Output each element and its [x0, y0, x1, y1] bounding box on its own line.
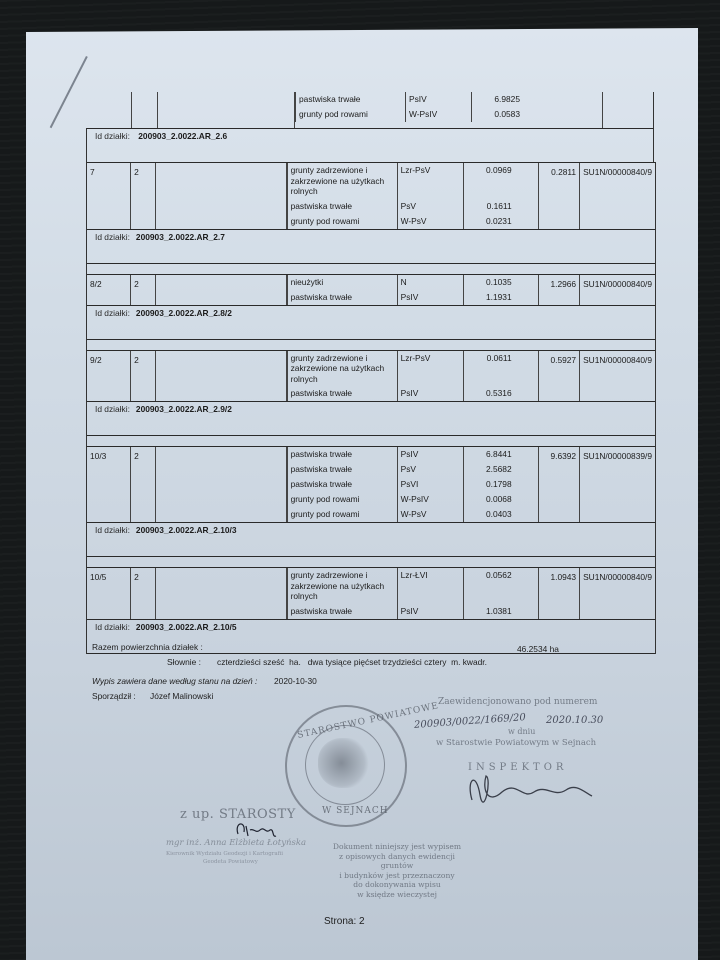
words-value: czterdzieści sześć ha. dwa tysiące pięćs…	[217, 657, 487, 667]
land-register-number: SU1N/00000840/9	[580, 275, 655, 305]
spacer	[515, 568, 538, 604]
land-use-area: 0.0969	[463, 163, 515, 199]
parcel-id-value: 200903_2.0022.AR_2.10/5	[136, 622, 237, 632]
spacer	[515, 507, 538, 522]
parcel-number: 8/2	[87, 275, 131, 305]
empty-cell	[156, 568, 286, 619]
parcel-number: 10/3	[87, 447, 131, 522]
land-use-row: nieużytkiN0.1035	[287, 275, 538, 290]
land-use-row: grunty pod rowamiW-PsIV0.0068	[287, 492, 538, 507]
land-use-name: pastwiska trwałe	[287, 290, 397, 305]
empty-cell	[156, 447, 286, 522]
record-partial: pastwiska trwałePsIV6.9825grunty pod row…	[86, 92, 654, 163]
parcel-record-main: 9/22grunty zadrzewione i zakrzewione na …	[87, 351, 655, 402]
parcel-record: 72grunty zadrzewione i zakrzewione na uż…	[87, 162, 655, 264]
parcel-record: 10/52grunty zadrzewione i zakrzewione na…	[87, 568, 655, 654]
state-date-value: 2020-10-30	[274, 676, 317, 686]
land-use-name: grunty pod rowami	[287, 214, 397, 229]
record-gap	[87, 557, 655, 568]
precinct-number: 2	[131, 568, 156, 619]
land-use-row: grunty zadrzewione i zakrzewione na użyt…	[287, 351, 538, 387]
land-use-name: pastwiska trwałe	[287, 462, 397, 477]
land-use-name: pastwiska trwałe	[287, 386, 397, 401]
precinct-number: 2	[131, 275, 156, 305]
land-use-list: grunty zadrzewione i zakrzewione na użyt…	[287, 351, 538, 402]
parcel-id-label: Id działki:	[95, 232, 130, 242]
parcel-record-main: 8/22nieużytkiN0.1035pastwiska trwałePsIV…	[87, 275, 655, 305]
registration-date-label: w dniu	[508, 727, 535, 736]
land-use-area: 0.0583	[471, 107, 523, 122]
record-gap	[87, 340, 655, 351]
land-use-area: 0.1035	[463, 275, 515, 290]
spacer	[515, 351, 538, 387]
land-use-area: 0.0562	[463, 568, 515, 604]
note-line: i budynków jest przeznaczony	[322, 871, 472, 881]
parcel-record: 9/22grunty zadrzewione i zakrzewione na …	[87, 351, 655, 437]
land-use-row: pastwiska trwałePsIV1.0381	[287, 604, 538, 619]
parcel-total-area: 0.5927	[538, 351, 580, 402]
page-number: Strona: 2	[324, 916, 365, 927]
empty-cell	[156, 351, 286, 402]
land-class: W-PsIV	[405, 107, 471, 122]
land-use-row: grunty pod rowamiW-PsV0.0231	[287, 214, 538, 229]
spacer	[523, 92, 559, 107]
parcel-id-value: 200903_2.0022.AR_2.10/3	[136, 525, 237, 535]
parcel-record-main: 10/32pastwiska trwałePsIV6.8441pastwiska…	[87, 447, 655, 522]
registration-date: 2020.10.30	[546, 715, 603, 726]
spacer	[515, 199, 538, 214]
land-use-row: pastwiska trwałePsIV1.1931	[287, 290, 538, 305]
land-use-row: pastwiska trwałePsV2.5682	[287, 462, 538, 477]
land-use-name: pastwiska trwałe	[287, 604, 397, 619]
land-register-number: SU1N/00000839/9	[580, 447, 655, 522]
land-class: N	[397, 275, 463, 290]
spacer	[523, 107, 559, 122]
spacer	[515, 163, 538, 199]
parcel-record-main: 72grunty zadrzewione i zakrzewione na uż…	[87, 163, 655, 229]
parcel-id-label: Id działki:	[95, 404, 130, 414]
spacer	[515, 462, 538, 477]
parcel-total-area: 1.0943	[538, 568, 580, 619]
land-class: PsV	[397, 199, 463, 214]
land-use-row: grunty zadrzewione i zakrzewione na użyt…	[287, 163, 538, 199]
parcel-total-area: 9.6392	[538, 447, 580, 522]
land-use-row: pastwiska trwałePsIV0.5316	[287, 386, 538, 401]
land-class: PsVI	[397, 477, 463, 492]
register-table: 72grunty zadrzewione i zakrzewione na uż…	[86, 162, 656, 654]
empty-cell	[156, 163, 286, 229]
land-use-list: nieużytkiN0.1035pastwiska trwałePsIV1.19…	[287, 275, 538, 305]
parcel-id-label: Id działki:	[95, 622, 130, 632]
land-use-name: pastwiska trwałe	[287, 447, 397, 462]
land-use-row: pastwiska trwałePsIV6.8441	[287, 447, 538, 462]
land-use-area: 0.1798	[463, 477, 515, 492]
land-class: Lzr-ŁVI	[397, 568, 463, 604]
land-use-area: 6.8441	[463, 447, 515, 462]
precinct-number: 2	[131, 163, 156, 229]
land-use-name: pastwiska trwałe	[295, 92, 405, 107]
land-class: W-PsV	[397, 214, 463, 229]
land-use-list: pastwiska trwałePsIV6.8441pastwiska trwa…	[287, 447, 538, 522]
parcel-id-value: 200903_2.0022.AR_2.9/2	[136, 404, 232, 414]
starosta-name: mgr inż. Anna Elżbieta Łotyńska	[166, 838, 306, 848]
parcel-number: 10/5	[87, 568, 131, 619]
land-class: PsIV	[405, 92, 471, 107]
precinct-number: 2	[131, 447, 156, 522]
spacer	[515, 290, 538, 305]
land-use-area: 6.9825	[471, 92, 523, 107]
prepared-by-label: Sporządził :	[92, 691, 136, 701]
land-class: PsV	[397, 462, 463, 477]
land-use-list: grunty zadrzewione i zakrzewione na użyt…	[287, 568, 538, 619]
precinct-number: 2	[131, 351, 156, 402]
land-use-row: pastwiska trwałePsV0.1611	[287, 199, 538, 214]
spacer	[515, 447, 538, 462]
land-class: PsIV	[397, 386, 463, 401]
eagle-emblem-icon	[318, 738, 370, 788]
land-use-name: grunty zadrzewione i zakrzewione na użyt…	[287, 568, 397, 604]
land-class: PsIV	[397, 447, 463, 462]
prepared-by-value: Józef Malinowski	[150, 691, 213, 701]
parcel-record-main: 10/52grunty zadrzewione i zakrzewione na…	[87, 568, 655, 619]
land-use-name: pastwiska trwałe	[287, 477, 397, 492]
land-class: PsIV	[397, 604, 463, 619]
land-register-number: SU1N/00000840/9	[580, 351, 655, 402]
total-area-value: 46.2534 ha	[517, 644, 559, 654]
parcel-id-row: Id działki:200903_2.0022.AR_2.7	[87, 229, 655, 263]
record-gap	[87, 264, 655, 275]
land-use-area: 0.0068	[463, 492, 515, 507]
spacer	[515, 604, 538, 619]
note-line: w księdze wieczystej	[322, 890, 472, 900]
registration-office: w Starostwie Powiatowym w Sejnach	[436, 738, 596, 748]
land-use-row: pastwiska trwałePsVI0.1798	[287, 477, 538, 492]
note-line: do dokonywania wpisu	[322, 880, 472, 890]
land-use-area: 1.1931	[463, 290, 515, 305]
land-use-area: 2.5682	[463, 462, 515, 477]
parcel-record: 10/32pastwiska trwałePsIV6.8441pastwiska…	[87, 447, 655, 557]
land-use-area: 1.0381	[463, 604, 515, 619]
land-use-name: grunty pod rowami	[287, 492, 397, 507]
stamp-bottom-text: W SEJNACH	[322, 806, 389, 816]
register-table-top: pastwiska trwałePsIV6.9825grunty pod row…	[86, 92, 654, 163]
state-date-label: Wypis zawiera dane według stanu na dzień…	[92, 676, 257, 686]
land-use-name: grunty pod rowami	[287, 507, 397, 522]
land-use-name: pastwiska trwałe	[287, 199, 397, 214]
land-class: Lzr-PsV	[397, 163, 463, 199]
parcel-id-row: Id działki:200903_2.0022.AR_2.9/2	[87, 401, 655, 435]
spacer	[515, 275, 538, 290]
starosta-title: Kierownik Wydziału Geodezji i Kartografi…	[166, 851, 283, 857]
land-register-note-stamp: Dokument niniejszy jest wypisemz opisowy…	[322, 842, 472, 899]
note-line: z opisowych danych ewidencji gruntów	[322, 852, 472, 871]
note-line: Dokument niniejszy jest wypisem	[322, 842, 472, 852]
spacer	[515, 492, 538, 507]
land-use-row: grunty pod rowamiW-PsV0.0403	[287, 507, 538, 522]
land-class: W-PsIV	[397, 492, 463, 507]
land-register-number: SU1N/00000840/9	[580, 163, 655, 229]
parcel-number: 9/2	[87, 351, 131, 402]
parcel-record: 8/22nieużytkiN0.1035pastwiska trwałePsIV…	[87, 275, 655, 340]
parcel-id-row: Id działki: 200903_2.0022.AR_2.6	[86, 128, 654, 162]
empty-cell	[156, 275, 286, 305]
land-use-list: pastwiska trwałePsIV6.9825grunty pod row…	[295, 92, 559, 128]
total-area-label: Razem powierzchnia działek :	[92, 642, 203, 652]
land-use-list: grunty zadrzewione i zakrzewione na użyt…	[287, 163, 538, 229]
parcel-id-label: Id działki:	[95, 308, 130, 318]
spacer	[515, 214, 538, 229]
land-class: PsIV	[397, 290, 463, 305]
parcel-number: 7	[87, 163, 131, 229]
parcel-id-row: Id działki:200903_2.0022.AR_2.8/2	[87, 305, 655, 339]
land-use-name: grunty zadrzewione i zakrzewione na użyt…	[287, 163, 397, 199]
land-class: W-PsV	[397, 507, 463, 522]
parcel-total-area: 0.2811	[538, 163, 580, 229]
land-use-row: grunty zadrzewione i zakrzewione na użyt…	[287, 568, 538, 604]
land-use-name: grunty zadrzewione i zakrzewione na użyt…	[287, 351, 397, 387]
parcel-id-value: 200903_2.0022.AR_2.7	[136, 232, 225, 242]
land-use-area: 0.1611	[463, 199, 515, 214]
land-use-area: 0.5316	[463, 386, 515, 401]
spacer	[515, 386, 538, 401]
land-use-row: grunty pod rowamiW-PsIV0.0583	[295, 107, 559, 122]
record-gap	[87, 436, 655, 447]
land-register-number: SU1N/00000840/9	[580, 568, 655, 619]
parcel-id-row: Id działki:200903_2.0022.AR_2.10/3	[87, 522, 655, 556]
land-class: Lzr-PsV	[397, 351, 463, 387]
parcel-id-value: 200903_2.0022.AR_2.6	[138, 131, 227, 141]
land-use-area: 0.0611	[463, 351, 515, 387]
land-use-area: 0.0403	[463, 507, 515, 522]
inspector-signature	[462, 770, 602, 820]
parcel-id-label: Id działki:	[95, 131, 130, 141]
parcel-id-label: Id działki:	[95, 525, 130, 535]
parcel-total-area: 1.2966	[538, 275, 580, 305]
words-label: Słownie :	[167, 657, 201, 667]
land-use-row: pastwiska trwałePsIV6.9825	[295, 92, 559, 107]
land-use-name: nieużytki	[287, 275, 397, 290]
parcel-id-value: 200903_2.0022.AR_2.8/2	[136, 308, 232, 318]
land-use-area: 0.0231	[463, 214, 515, 229]
starosta-title-2: Geodeta Powiatowy	[203, 859, 258, 865]
land-use-name: grunty pod rowami	[295, 107, 405, 122]
spacer	[515, 477, 538, 492]
registration-heading: Zaewidencjonowano pod numerem	[438, 697, 597, 707]
